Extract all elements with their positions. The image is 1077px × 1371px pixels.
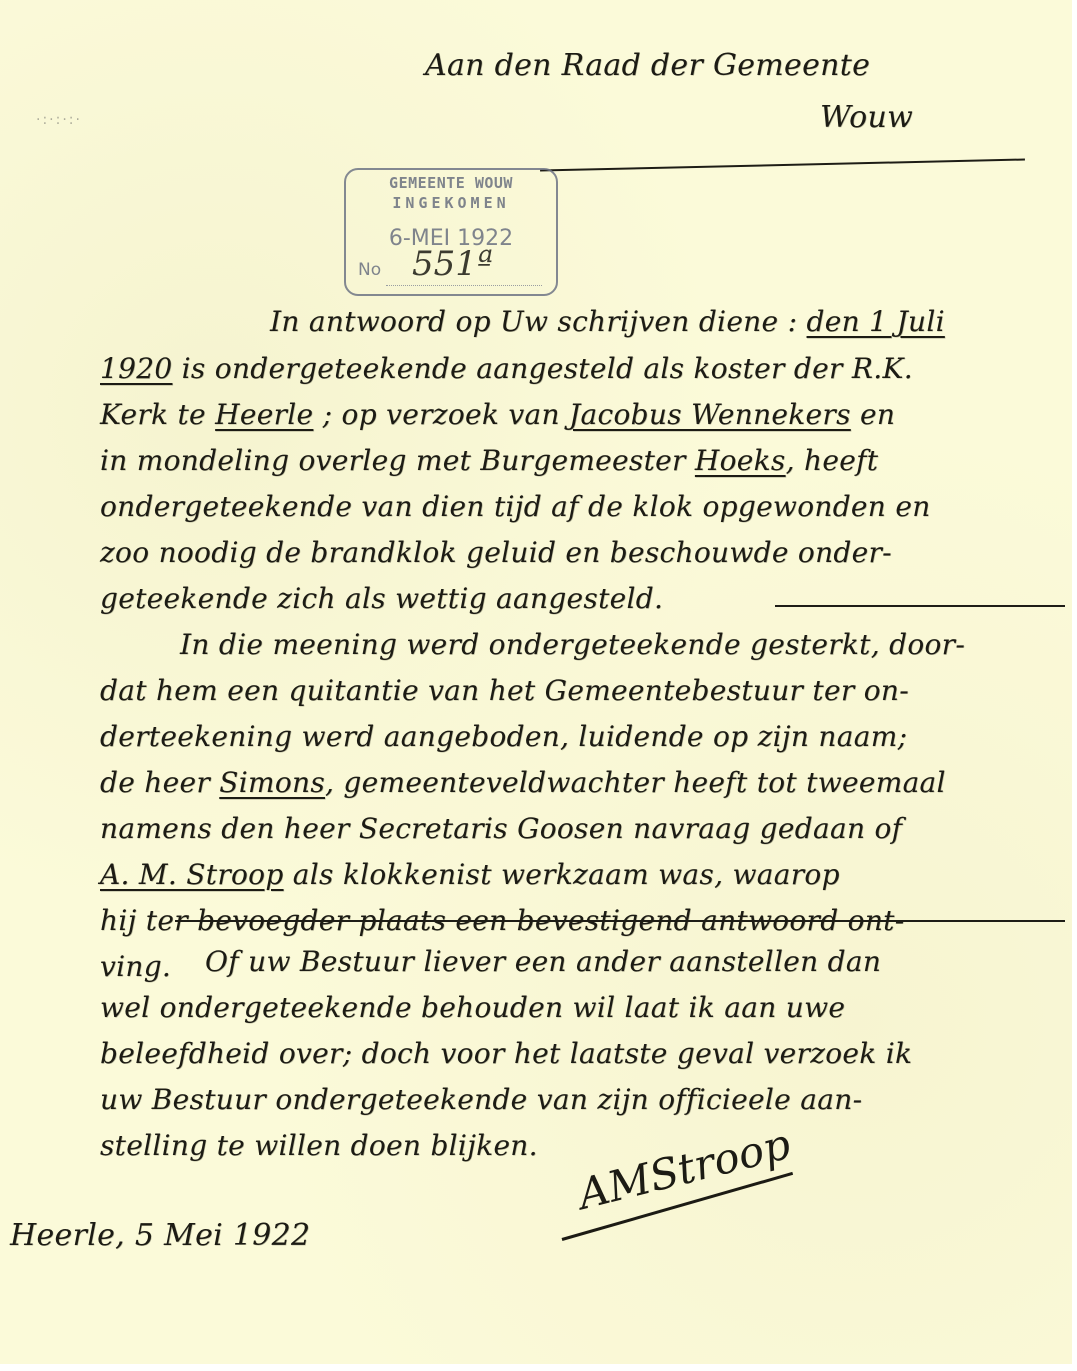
- text-span: de heer: [100, 766, 219, 799]
- body-line: 1920 is ondergeteekende aangesteld als k…: [100, 352, 913, 385]
- stamp-number: 551ª: [412, 244, 493, 284]
- body-line: namens den heer Secretaris Goosen navraa…: [100, 812, 902, 845]
- addressee-line-2: Wouw: [820, 100, 913, 135]
- underlined-name: Simons: [219, 766, 325, 799]
- text-span: , gemeenteveldwachter heeft tot tweemaal: [325, 766, 946, 799]
- text-span: als klokkenist werkzaam was, waarop: [284, 858, 840, 891]
- stamp-received-label: INGEKOMEN: [346, 194, 556, 212]
- underlined-name: A. M. Stroop: [100, 858, 284, 891]
- received-stamp: GEMEENTE WOUW INGEKOMEN 6-MEI 1922 No 55…: [344, 168, 558, 296]
- addressee-rule: [540, 158, 1025, 171]
- body-line: In die meening werd ondergeteekende gest…: [180, 628, 965, 661]
- body-line: Kerk te Heerle ; op verzoek van Jacobus …: [100, 398, 895, 431]
- body-line: in mondeling overleg met Burgemeester Ho…: [100, 444, 878, 477]
- line-fill-rule: [775, 605, 1065, 607]
- text-span: en: [851, 398, 895, 431]
- margin-smudge: ·:·:·:·: [36, 112, 82, 128]
- text-span: In antwoord op Uw schrijven diene :: [270, 305, 807, 338]
- text-span: Kerk te: [100, 398, 215, 431]
- body-line: uw Bestuur ondergeteekende van zijn offi…: [100, 1083, 862, 1116]
- stamp-number-label: No: [358, 260, 381, 280]
- underlined-date: den 1 Juli: [807, 305, 945, 338]
- letter-page: Aan den Raad der Gemeente Wouw ·:·:·:· G…: [0, 0, 1072, 1364]
- body-line: dat hem een quitantie van het Gemeentebe…: [100, 674, 909, 707]
- body-line: beleefdheid over; doch voor het laatste …: [100, 1037, 912, 1070]
- body-line: stelling te willen doen blijken.: [100, 1129, 538, 1162]
- body-line: ondergeteekende van dien tijd af de klok…: [100, 490, 931, 523]
- underlined-place: Heerle: [215, 398, 313, 431]
- body-line: Of uw Bestuur liever een ander aanstelle…: [205, 945, 881, 978]
- addressee-line-1: Aan den Raad der Gemeente: [425, 48, 870, 83]
- underlined-name: Jacobus Wennekers: [569, 398, 851, 431]
- text-span: ; op verzoek van: [313, 398, 569, 431]
- stamp-dotted-line: [386, 285, 542, 286]
- text-span: in mondeling overleg met Burgemeester: [100, 444, 695, 477]
- line-fill-rule: [175, 920, 1065, 922]
- body-line: ving.: [100, 950, 171, 983]
- text-span: is ondergeteekende aangesteld als koster…: [172, 352, 912, 385]
- stamp-municipality: GEMEENTE WOUW: [346, 174, 556, 192]
- underlined-year: 1920: [100, 352, 172, 385]
- body-line: wel ondergeteekende behouden wil laat ik…: [100, 991, 845, 1024]
- underlined-name: Hoeks: [695, 444, 786, 477]
- body-line: geteekende zich als wettig aangesteld.: [100, 582, 663, 615]
- body-line: de heer Simons, gemeenteveldwachter heef…: [100, 766, 946, 799]
- place-and-date: Heerle, 5 Mei 1922: [10, 1218, 310, 1253]
- body-line: A. M. Stroop als klokkenist werkzaam was…: [100, 858, 840, 891]
- body-line: In antwoord op Uw schrijven diene : den …: [270, 305, 945, 338]
- body-line: zoo noodig de brandklok geluid en bescho…: [100, 536, 892, 569]
- body-line: derteekening werd aangeboden, luidende o…: [100, 720, 907, 753]
- text-span: , heeft: [786, 444, 879, 477]
